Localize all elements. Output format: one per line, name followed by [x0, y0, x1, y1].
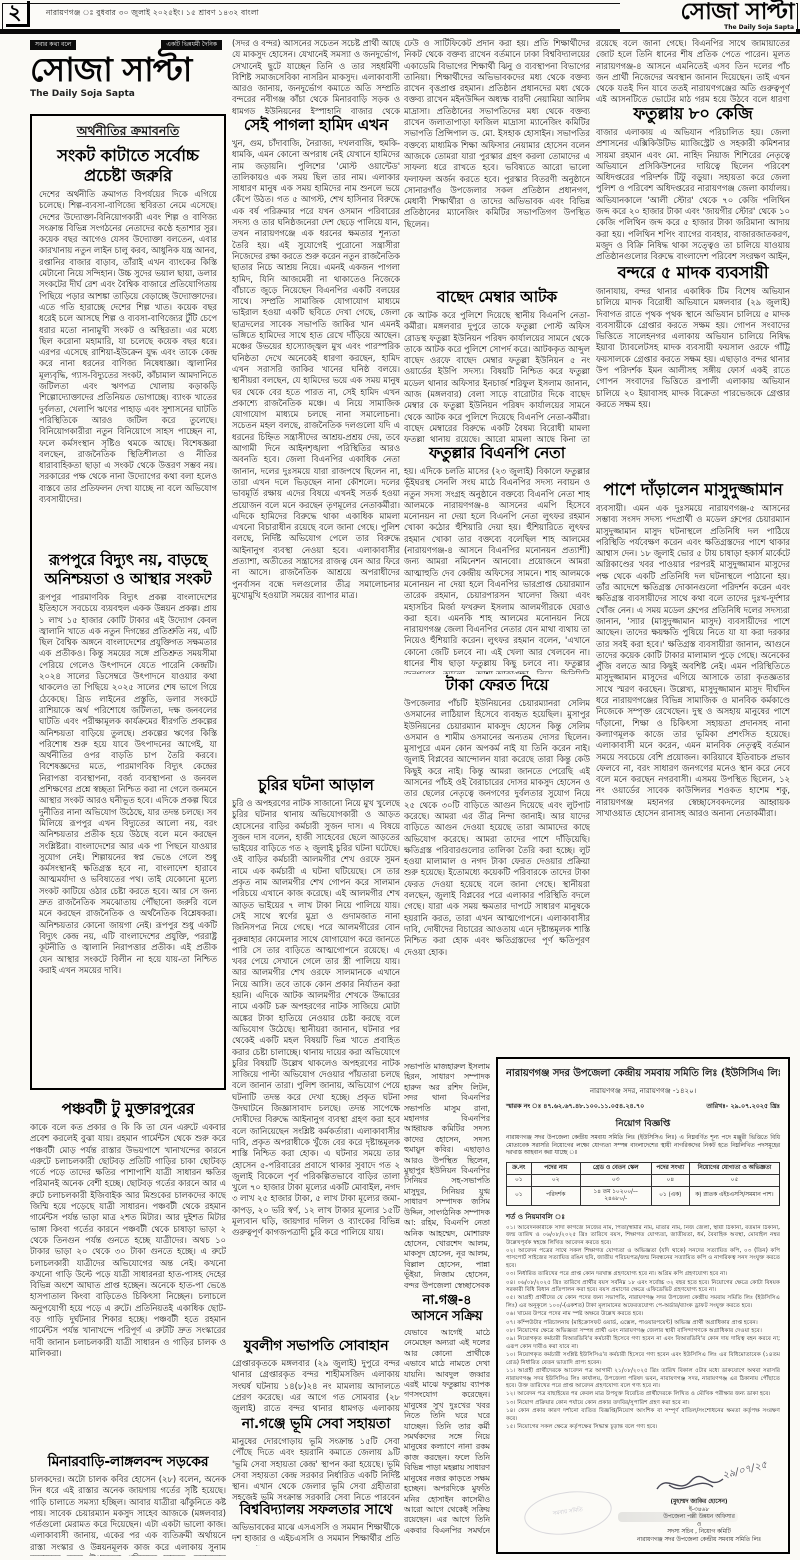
article-fbnp-headline: ফতুল্লার বিএনপি নেতা — [404, 442, 590, 466]
numrow-cell: ০৪ — [651, 1174, 689, 1186]
table-header-grade: গ্রেড ও বেতন স্কেল — [580, 1162, 651, 1174]
column3-lead-text: ঢেউ ও সার্টিফিকেট প্রদান করা হয়। প্রতি … — [404, 38, 590, 286]
header-brand-subtitle: The Daily Soja Sapta — [626, 24, 794, 31]
masthead: সবার কথা বলে একটি ভিন্নধর্মী দৈনিক সোজা … — [30, 40, 222, 99]
article-ruppur-headline: রূপপুরে বিদ্যুৎ নয়, বাড়ছে অনিশ্চয়তা ও… — [39, 549, 217, 592]
notice-condition-item: ০৭। কম্পিউটার পরিচালনায় (মাইক্রোসফট ওয়… — [506, 1320, 780, 1327]
column-3: ঢেউ ও সার্টিফিকেট প্রদান করা হয়। প্রতি … — [404, 38, 590, 1054]
article-jubo-body: গ্রেপ্তারকৃতকে মঙ্গলবার (২৯ জুলাই) দুপুর… — [232, 1358, 400, 1414]
notice-condition-item: ১৫। নিয়োগের সকল ক্ষেত্রে কর্তৃপক্ষের সি… — [506, 1424, 780, 1431]
article-pashe-body: ব্যবসায়ী। এমন এক দুঃসময়ে নারায়ণগঞ্জ-৫… — [596, 503, 790, 1031]
article-fbnp-body: হয়। এদিকে চলতি মাসের (২৩ জুলাই) বিকালে … — [404, 466, 590, 674]
notice-org-title: নারায়ণগঞ্জ সদর উপজেলা কেন্দ্রীয় সমবায়… — [506, 1066, 780, 1083]
notice-address: নারায়ণগঞ্জ সদর, নারায়ণগঞ্জ -১৪২০। — [506, 1085, 780, 1097]
article-panchaboti: পঞ্চবটী টু মুক্তারপুরের কাকে বলে কত প্রক… — [30, 1098, 226, 1448]
table-cell-post: পরিদর্শক — [531, 1186, 580, 1205]
article-churi-body: চুরি ও অপহরণের নাটক সাজানো নিয়ে মুখ খুল… — [232, 798, 400, 1336]
article-minarbari: মিনারবাড়ি-লাঙ্গলবন্দ সড়কের চালকদের। অট… — [30, 1452, 226, 1560]
article-churi-headline: চুরির ঘটনা আড়াল — [232, 774, 400, 798]
header-brand: সোজা সাপ্টা The Daily Soja Sapta — [620, 0, 796, 32]
newspaper-page: ২ নারায়ণগঞ্জ ঃ বুধবার ৩০ জুলাই ২০২৫ইং। … — [0, 0, 800, 1560]
article-taka-body: উপজেলার পাঁচটি ইউনিয়নের চেয়ারম্যানরা স… — [404, 698, 590, 1034]
article-hamid-headline: সেই পাগলা হামিদ এখন — [232, 114, 400, 138]
notice-condition-item: ০৬। খামের উপরে পদের নাম স্পষ্ট অক্ষরে উল… — [506, 1311, 780, 1318]
notice-table-number-row: ০১ ০২ ০৩ ০৪ ০৫ — [507, 1174, 780, 1186]
table-cell-count: ০১ (এক) — [651, 1186, 689, 1205]
notice-table-data-row: ০১ পরিদর্শক ১৪ তম ১০২০০/-–২৪৬৮০/- ০১ (এক… — [507, 1186, 780, 1205]
numrow-cell: ০২ — [531, 1174, 580, 1186]
names-list-text: সভাপতি মাজহারুল ইসলাম হিরন, সাধারণ সম্পা… — [404, 1062, 490, 1290]
notice-conditions-title: শর্ত ও নিয়মাবলি ঃ — [506, 1211, 780, 1223]
article-econ-kicker: অর্থনীতির ক্রমাবনতি — [39, 121, 217, 144]
column-3-narrow: সভাপতি মাজহারুল ইসলাম হিরন, সাধারণ সম্পা… — [404, 1062, 490, 1558]
masthead-logo: সোজা সাপ্টা — [30, 52, 222, 88]
notice-title: নিয়োগ বিজ্ঞপ্তি — [506, 1116, 780, 1131]
notice-memo-number: স্মারক নং ঃ ৪৭.৬২.৬৭.৪৮.১০০.১১.০৫৪.২৪.৭০ — [506, 1101, 644, 1112]
numrow-cell: ০৩ — [580, 1174, 651, 1186]
notice-condition-item: ১৩। নিয়োগ প্রক্রিয়ার কোন পর্যায়ে কোন … — [506, 1400, 780, 1407]
article-econ-headline: সংকট কাটাতে সর্বোচ্চ প্রচেষ্টা জরুরি — [39, 144, 217, 189]
article-f80-headline: ফতুল্লায় ৮০ কেজি — [596, 102, 790, 127]
notice-condition-item: ০৩। নির্ধারিত তারিখের পরে প্রাপ্ত কোন দর… — [506, 1271, 780, 1278]
article-bishwa-headline: বিশ্ববিদ্যালয় সফলতার সাথে — [232, 1500, 400, 1522]
table-header-serial: ক্র.নং — [507, 1162, 532, 1174]
table-cell-grade: ১৪ তম ১০২০০/-–২৪৬৮০/- — [580, 1186, 651, 1205]
notice-date: তারিখঃ- ২৯.০৭.২০২৫ খ্রিঃ — [706, 1101, 780, 1112]
date-line: নারায়ণগঞ্জ ঃ বুধবার ৩০ জুলাই ২০২৫ইং। ১৫… — [46, 8, 259, 20]
article-bishwa-body: অভিভাবকের মাঝে এসএসসি ও সমমান শিক্ষার্থী… — [232, 1522, 400, 1546]
article-bhumi-body: মানুষের দোরগোড়ায় ভূমি সংক্রান্ত ১৫টি স… — [232, 1436, 400, 1500]
table-cell-experience: ক) স্নাতক এইচএসসি/সমমান পাশ। — [689, 1186, 779, 1205]
column-4: রয়েছে বলে জানা গেছে। বিএনপির সাথে জামায… — [596, 38, 790, 1052]
notice-conditions-list: ০১। আবেদনকারীকে সাদা কাগজে নিজের নাম, পি… — [506, 1225, 780, 1433]
article-hamid-body: খুন, গুম, চাঁদাবাজি, নৈরাজ্য, দখলবাজি, হ… — [232, 138, 400, 774]
recruitment-notice-box: নারায়ণগঞ্জ সদর উপজেলা কেন্দ্রীয় সমবায়… — [496, 1057, 790, 1554]
notice-table: ক্র.নং পদের নাম গ্রেড ও বেতন স্কেল পদের … — [506, 1162, 780, 1206]
notice-condition-item: ০১। আবেদনকারীকে সাদা কাগজে নিজের নাম, পি… — [506, 1225, 780, 1247]
official-stamp: সমবায় সমিতি — [522, 1486, 615, 1540]
signature-name: (মুহাম্মদ জাকির হোসেন) — [624, 1499, 774, 1507]
signature-block: ২৯/০৭/২৫ (মুহাম্মদ জাকির হোসেন) ই-৩৪৬৮ উ… — [624, 1469, 774, 1544]
masthead-tag-right: একটি ভিন্নধর্মী দৈনিক — [161, 40, 222, 50]
article-nganj4-headline: না.গঞ্জ-৪ আসনে সক্রিয় — [404, 1290, 490, 1328]
table-header-count: পদের সংখ্যা — [651, 1162, 689, 1174]
article-panchaboti-body: কাকে বলে কত প্রকার ও কি কি তা যেন এরুটে … — [30, 1122, 226, 1442]
table-cell-serial: ০১ — [507, 1186, 532, 1205]
column2-lead-text: (সদর ও বন্দর) আসনের সচেতন সচেষ্ট প্রার্থ… — [232, 38, 400, 114]
article-ruppur-body: রূপপুর পারমাণবিক বিদ্যুৎ প্রকল্প বাংলাদে… — [39, 592, 217, 1062]
column4-lead-text: রয়েছে বলে জানা গেছে। বিএনপির সাথে জামায… — [596, 38, 790, 102]
numrow-cell: ০৫ — [689, 1174, 779, 1186]
article-bandar5-headline: বন্দরে ৫ মাদক ব্যবসায়ী — [596, 261, 790, 286]
numrow-cell: ০১ — [507, 1174, 532, 1186]
article-bached-body: কে আটক করে পুলিশে দিয়েছে স্থানীয় বিএনপ… — [404, 310, 590, 442]
article-nganj4-body: যেভাবে আগেই মাঠে নেমেছেন অন্যরা এই দলের … — [404, 1328, 490, 1534]
signature-conjunction: ও — [624, 1522, 774, 1530]
notice-condition-item: ১২। আবেদন পত্র বাছাইয়ের পর কেবল মাত্র উ… — [506, 1391, 780, 1398]
notice-condition-item: ০৫। আগ্রহী প্রার্থীদের যে কোন পদের জন্য … — [506, 1295, 780, 1310]
article-jubo-headline: যুবলীগ সভাপতি সোবাহান — [232, 1336, 400, 1358]
notice-condition-item: ১১। আগ্রহী প্রার্থীদেরকে আবেদন পত্র আগাম… — [506, 1368, 780, 1390]
table-header-experience: নিয়োগের যোগ্যতা ও অভিজ্ঞতা — [689, 1162, 779, 1174]
page-number: ২ — [6, 1, 30, 27]
notice-table-header-row: ক্র.নং পদের নাম গ্রেড ও বেতন স্কেল পদের … — [507, 1162, 780, 1174]
signature-title-2: সদস্য সচিব , নিয়োগ কমিটি — [624, 1529, 774, 1537]
notice-condition-item: ০৯। নিয়োগকৃত কর্মচারী বিআরডিবি'র কর্মচা… — [506, 1336, 780, 1351]
signature-org: নারায়ণগঞ্জ সদর উপজেল‌া কেন্দ্রীয় সমবায… — [624, 1537, 774, 1545]
notice-intro: নারায়ণগঞ্জ সদর উপজেলা কেন্দ্রীয় সমবায়… — [506, 1135, 780, 1158]
article-bandar5-body: জানাযায়, বন্দর থানার একাধিক টিম বিশেষ অ… — [596, 286, 790, 478]
signature-scribble: ২৯/০৭/২৫ — [624, 1469, 774, 1499]
article-bhumi-headline: না.গঞ্জে ভূমি সেবা সহায়তা — [232, 1414, 400, 1436]
article-taka-headline: টাকা ফেরত দিয়ে — [404, 674, 590, 698]
article-minarbari-headline: মিনারবাড়ি-লাঙ্গলবন্দ সড়কের — [30, 1452, 226, 1474]
article-minarbari-body: চালকদের। অটো চালক কবির হোসেন (২৮) বলেন, … — [30, 1474, 226, 1556]
article-panchaboti-headline: পঞ্চবটী টু মুক্তারপুরের — [30, 1098, 226, 1122]
notice-condition-item: ০২। আবেদন পত্রের সাথে সকল শিক্ষাগত যোগ্য… — [506, 1248, 780, 1270]
article-econ-box: অর্থনীতির ক্রমাবনতি সংকট কাটাতে সর্বোচ্চ… — [30, 114, 226, 1090]
masthead-logo-subtitle: The Daily Soja Sapta — [30, 89, 222, 99]
scan-smudge — [618, 1512, 738, 1522]
article-f80-body: বাজার এলাকায় এ অভিযান পরিচালিত হয়। জেল… — [596, 127, 790, 261]
notice-condition-item: ০৪। ০৬/০৮/২০২৫ খ্রিঃ তারিখে প্রার্থীর বয… — [506, 1280, 780, 1295]
notice-condition-item: ১৪। কোন প্রকার কারণ দর্শানো ব্যতিত বিজ্ঞ… — [506, 1408, 780, 1423]
table-header-post: পদের নাম — [531, 1162, 580, 1174]
column-2: (সদর ও বন্দর) আসনের সচেতন সচেষ্ট প্রার্থ… — [232, 38, 400, 1560]
notice-condition-item: ০৮। নিয়োগের ক্ষেত্রে অভিজ্ঞতা সম্পন্ন প… — [506, 1328, 780, 1335]
article-econ-body: দেশের অর্থনীতি ক্রমাগত বিপর্যয়ের দিকে এ… — [39, 189, 217, 545]
article-pashe-headline: পাশে দাঁড়ালেন মাসুদুজ্জামান — [596, 478, 790, 503]
masthead-tag-left: সবার কথা বলে — [30, 40, 76, 50]
header-brand-title: সোজা সাপ্টা — [626, 0, 794, 24]
article-bached-headline: বাছেদ মেম্বার আটক — [404, 286, 590, 310]
notice-condition-item: ১০। নিয়োগকৃত কর্মচারী সংশ্লিষ্ট ইউসিসিএ… — [506, 1352, 780, 1367]
